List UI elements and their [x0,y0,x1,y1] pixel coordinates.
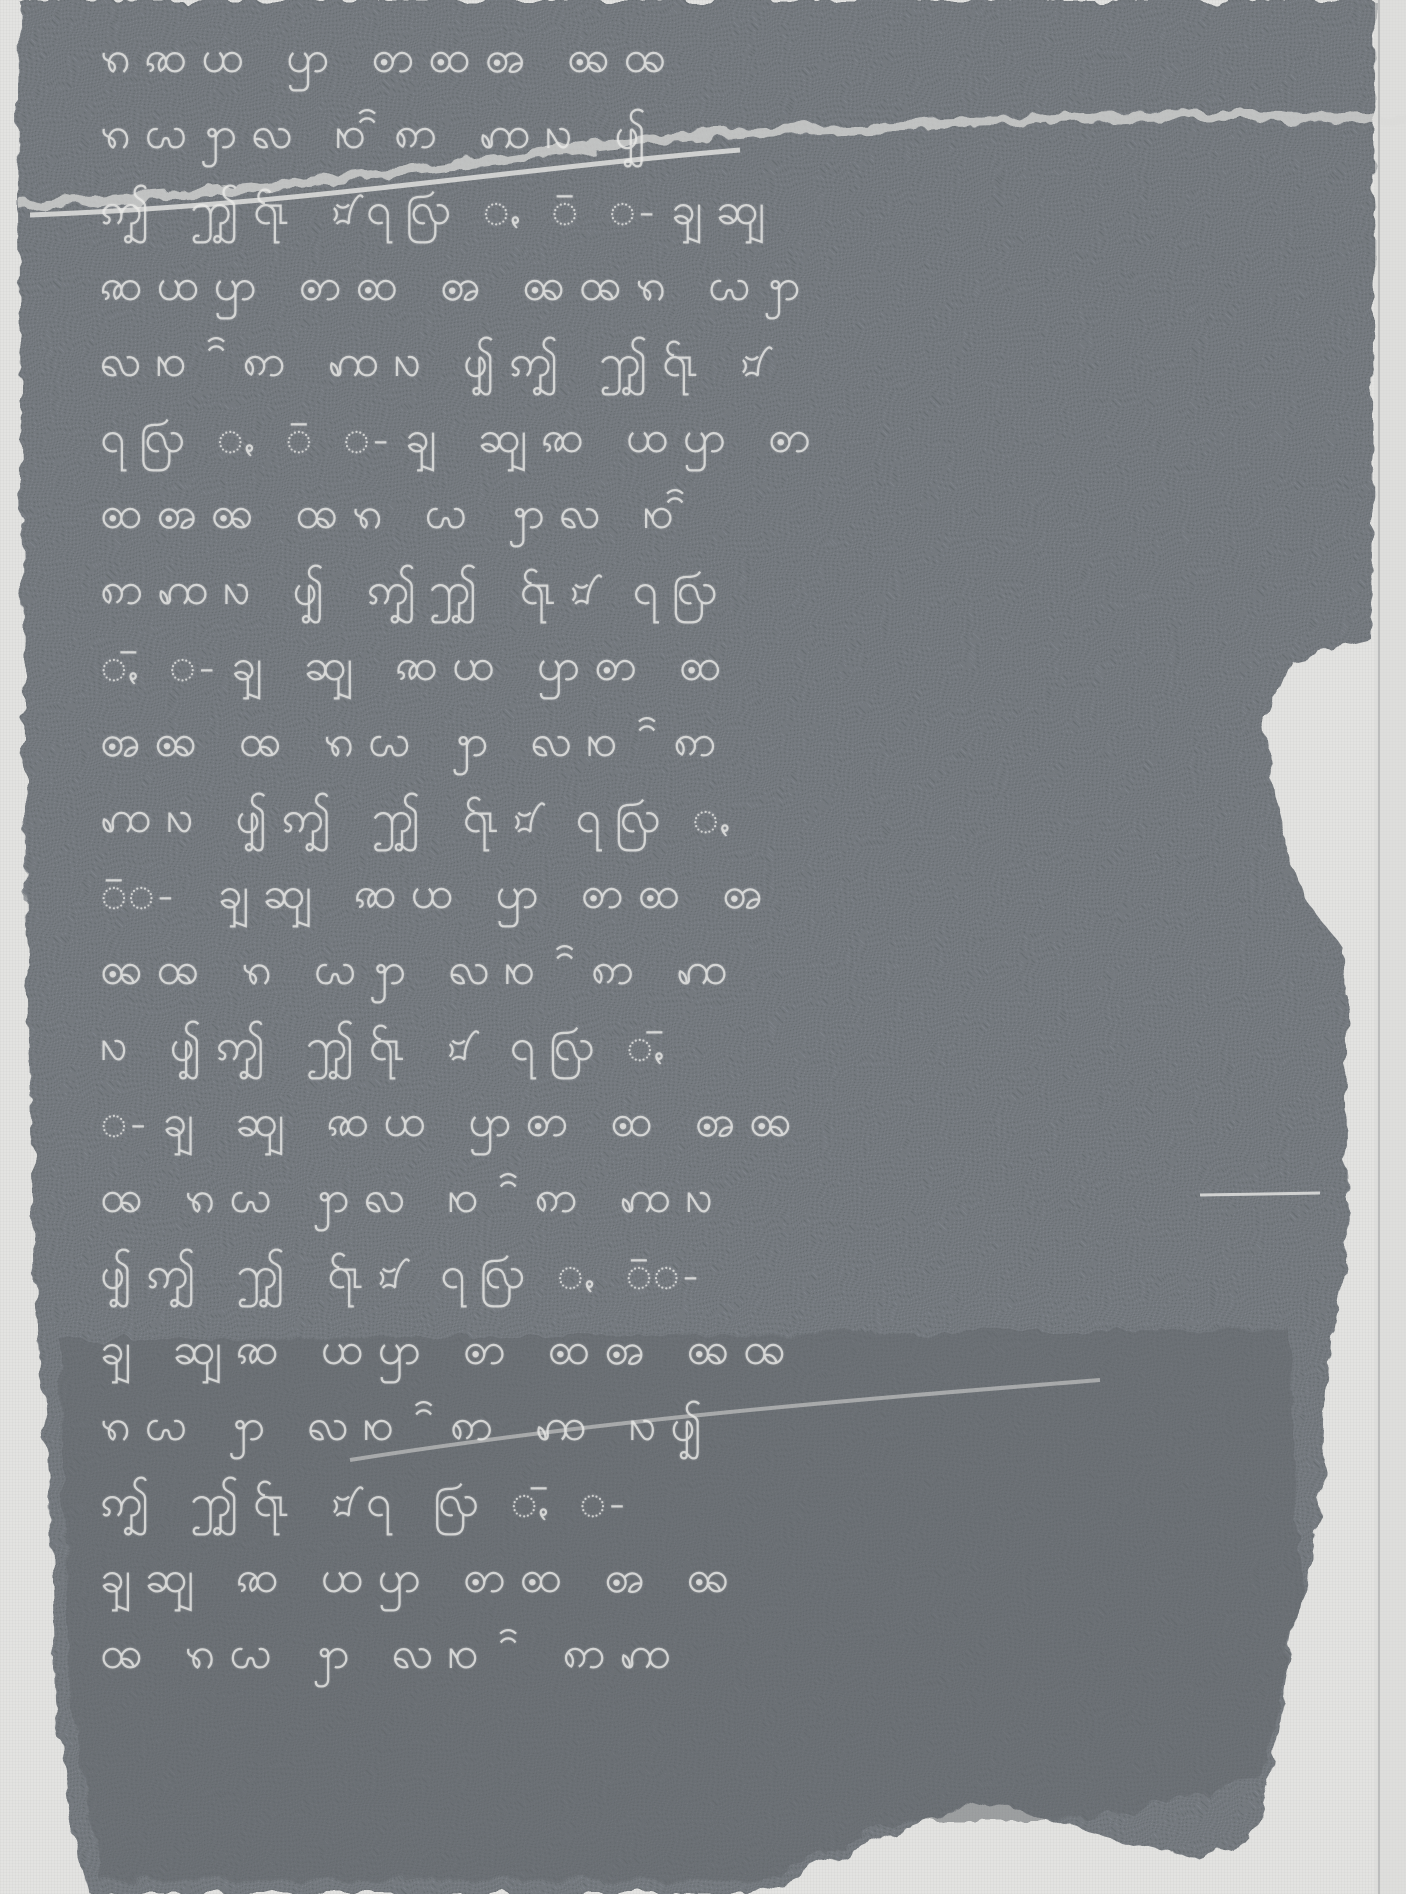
inscription-line: ꩳ ꩴꩵ ꩶ꩷ ꩸ ꩹ꩺ ꩻꩼ [100,1008,1280,1084]
inscription-line: ꩹ꩺ ꩻ ꩼ ꩽꩾ ꩿꩣ ꩤꩥ ꩦ [100,400,1280,476]
inscription-line: ꩵ ꩶ꩷ ꩸꩹ꩺ ꩻ ꩼ ꩽꩾꩿ [100,172,1280,248]
inscription-line: ꩨꩩ ꩪ ꩫꩬ ꩭ ꩮꩯ ꩰꩱ [100,704,1280,780]
inscription-line: ꩪ ꩫꩬ ꩭ ꩮꩯ ꩰ ꩱꩲ [100,1616,1280,1692]
inscription-line: ꩱꩲꩳ ꩴ ꩵꩶ ꩷꩸ ꩹ꩺ [100,552,1280,628]
inscription-line: ꩪ ꩫꩬ ꩭꩮ ꩯ ꩰꩱ ꩲꩳ [100,1160,1280,1236]
inscription-line: ꩩꩪ ꩫ ꩬꩭ ꩮꩯ ꩰꩱ ꩲ [100,932,1280,1008]
inscription-text-lines: ꩫꩣꩤ ꩥ ꩦꩧꩨ ꩩꩪ ꩫꩬꩭꩮ ꩯꩰꩱ ꩲꩳ ꩴ ꩵ ꩶ꩷ ꩸꩹ꩺ ꩻ ꩼ … [100,20,1280,1692]
inscription-line: ꩽꩾ ꩿ ꩣꩤ ꩥꩦ ꩧ ꩨꩩ [100,1084,1280,1160]
inscription-line: ꩾꩿ ꩣ ꩤꩥ ꩦꩧ ꩨ ꩩ [100,1540,1280,1616]
inscription-line: ꩫꩬꩭꩮ ꩯꩰꩱ ꩲꩳ ꩴ [100,96,1280,172]
inscription-line: ꩻꩼ ꩽꩾ ꩿ ꩣꩤ ꩥꩦ ꩧ [100,628,1280,704]
inscription-line: ꩣꩤꩥ ꩦꩧ ꩨ ꩩꩪꩫ ꩬꩭ [100,248,1280,324]
inscription-line: ꩫꩣꩤ ꩥ ꩦꩧꩨ ꩩꩪ [100,20,1280,96]
inscription-line: ꩲꩳ ꩴꩵ ꩶ ꩷꩸ ꩹ꩺ ꩻ [100,780,1280,856]
inscription-line: ꩾ ꩿꩣ ꩤꩥ ꩦ ꩧꩨ ꩩꩪ [100,1312,1280,1388]
inscription-line: ꩵ ꩶ꩷ ꩸꩹ ꩺ ꩻꩼ ꩽ [100,1464,1280,1540]
inscription-line: ꩼꩽ ꩾꩿ ꩣꩤ ꩥ ꩦꩧ ꩨ [100,856,1280,932]
inscription-line: ꩴꩵ ꩶ ꩷꩸ ꩹ꩺ ꩻ ꩼꩽ [100,1236,1280,1312]
inscription-line: ꩧꩨꩩ ꩪꩫ ꩬ ꩭꩮ ꩯꩰ [100,476,1280,552]
inscription-line: ꩮꩯ ꩰꩱ ꩲꩳ ꩴꩵ ꩶ꩷ ꩸ [100,324,1280,400]
inscription-line: ꩫꩬ ꩭ ꩮꩯ ꩰꩱ ꩲ ꩳꩴ [100,1388,1280,1464]
